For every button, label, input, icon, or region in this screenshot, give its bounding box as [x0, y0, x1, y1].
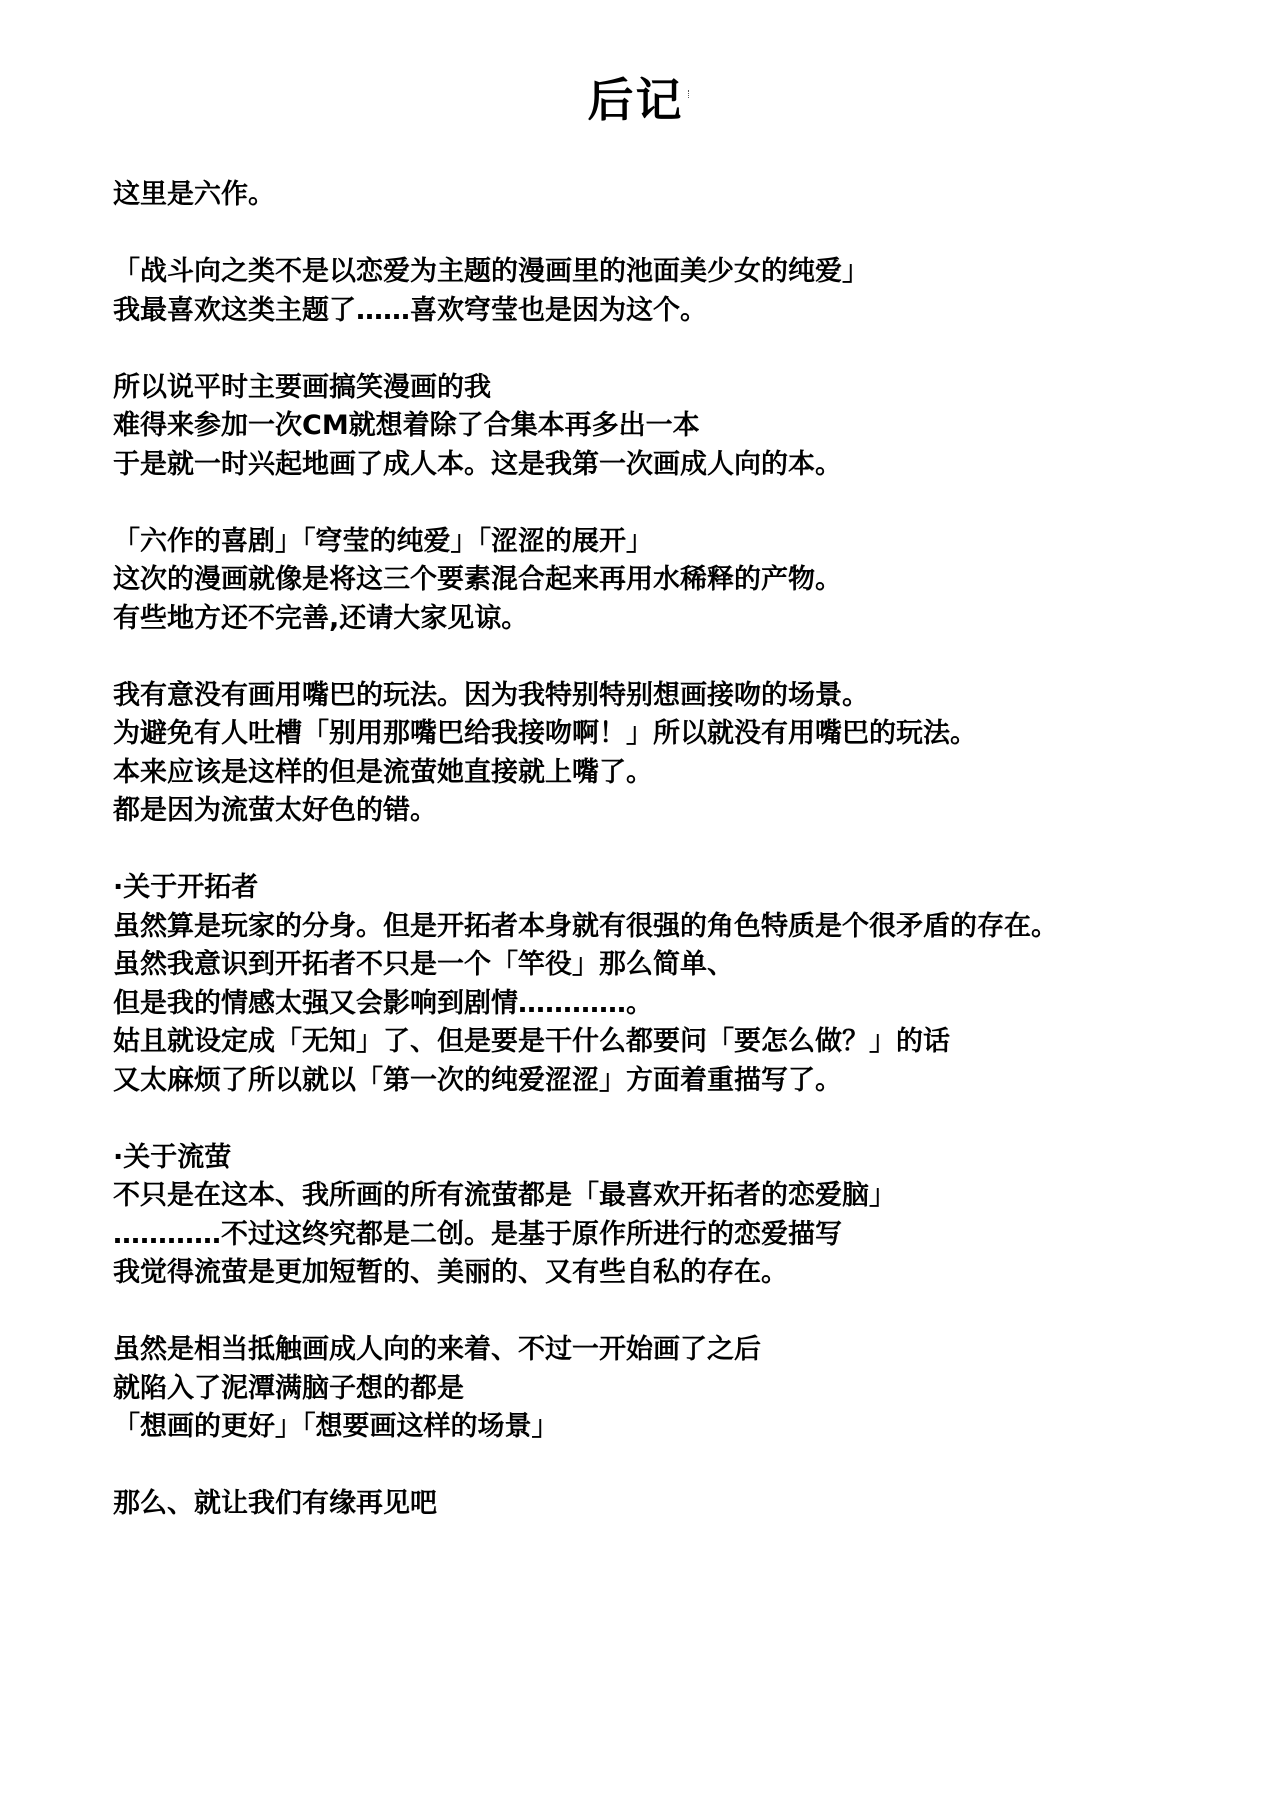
text-line: 但是我的情感太强又会影响到剧情…………。 [113, 985, 1253, 1024]
text-line: 我最喜欢这类主题了……喜欢穹莹也是因为这个。 [113, 292, 1253, 331]
text-line: …………不过这终究都是二创。是基于原作所进行的恋爱描写 [113, 1216, 1253, 1255]
text-line: 都是因为流萤太好色的错。 [113, 792, 1253, 831]
afterword-body: 这里是六作。 「战斗向之类不是以恋爱为主题的漫画里的池面美少女的纯爱」 我最喜欢… [113, 176, 1253, 1562]
paragraph-first-adult-book: 所以说平时主要画搞笑漫画的我 难得来参加一次CM就想着除了合集本再多出一本 于是… [113, 369, 1253, 485]
text-line: 本来应该是这样的但是流萤她直接就上嘴了。 [113, 754, 1253, 793]
text-line: 又太麻烦了所以就以「第一次的纯爱涩涩」方面着重描写了。 [113, 1062, 1253, 1101]
section-about-trailblazer: ·关于开拓者 虽然算是玩家的分身。但是开拓者本身就有很强的角色特质是个很矛盾的存… [113, 869, 1253, 1100]
text-line: 虽然算是玩家的分身。但是开拓者本身就有很强的角色特质是个很矛盾的存在。 [113, 908, 1253, 947]
text-line: 这次的漫画就像是将这三个要素混合起来再用水稀释的产物。 [113, 561, 1253, 600]
text-line: 姑且就设定成「无知」了、但是要是干什么都要问「要怎么做？」的话 [113, 1023, 1253, 1062]
paragraph-three-elements: 「六作的喜剧」「穹莹的纯爱」「涩涩的展开」 这次的漫画就像是将这三个要素混合起来… [113, 523, 1253, 639]
section-about-firefly: ·关于流萤 不只是在这本、我所画的所有流萤都是「最喜欢开拓者的恋爱脑」 …………… [113, 1139, 1253, 1293]
section-heading: ·关于开拓者 [113, 869, 1253, 908]
text-line: 我觉得流萤是更加短暂的、美丽的、又有些自私的存在。 [113, 1254, 1253, 1293]
text-line: 难得来参加一次CM就想着除了合集本再多出一本 [113, 407, 1253, 446]
page-title: 后记 [0, 72, 1280, 128]
section-heading: ·关于流萤 [113, 1139, 1253, 1178]
paragraph-intro: 这里是六作。 [113, 176, 1253, 215]
paragraph-farewell: 那么、就让我们有缘再见吧 [113, 1485, 1253, 1524]
text-line: 虽然是相当抵触画成人向的来着、不过一开始画了之后 [113, 1331, 1253, 1370]
decorative-mark [688, 90, 693, 98]
afterword-page: 后记 这里是六作。 「战斗向之类不是以恋爱为主题的漫画里的池面美少女的纯爱」 我… [0, 0, 1280, 1808]
text-line: 不只是在这本、我所画的所有流萤都是「最喜欢开拓者的恋爱脑」 [113, 1177, 1253, 1216]
text-line: 「六作的喜剧」「穹莹的纯爱」「涩涩的展开」 [113, 523, 1253, 562]
text-line: 我有意没有画用嘴巴的玩法。因为我特别特别想画接吻的场景。 [113, 677, 1253, 716]
text-line: 「战斗向之类不是以恋爱为主题的漫画里的池面美少女的纯爱」 [113, 253, 1253, 292]
text-line: 有些地方还不完善,还请大家见谅。 [113, 600, 1253, 639]
text-line: 「想画的更好」「想要画这样的场景」 [113, 1408, 1253, 1447]
paragraph-favorite-theme: 「战斗向之类不是以恋爱为主题的漫画里的池面美少女的纯爱」 我最喜欢这类主题了……… [113, 253, 1253, 330]
page-title-text: 后记 [588, 73, 684, 127]
text-line: 于是就一时兴起地画了成人本。这是我第一次画成人向的本。 [113, 446, 1253, 485]
text-line: 那么、就让我们有缘再见吧 [113, 1485, 1253, 1524]
text-line: 这里是六作。 [113, 176, 1253, 215]
text-line: 为避免有人吐槽「别用那嘴巴给我接吻啊！」所以就没有用嘴巴的玩法。 [113, 715, 1253, 754]
text-line: 所以说平时主要画搞笑漫画的我 [113, 369, 1253, 408]
text-line: 虽然我意识到开拓者不只是一个「竿役」那么简单、 [113, 946, 1253, 985]
paragraph-kiss-scene: 我有意没有画用嘴巴的玩法。因为我特别特别想画接吻的场景。 为避免有人吐槽「别用那… [113, 677, 1253, 831]
paragraph-reflection: 虽然是相当抵触画成人向的来着、不过一开始画了之后 就陷入了泥潭满脑子想的都是 「… [113, 1331, 1253, 1447]
text-line: 就陷入了泥潭满脑子想的都是 [113, 1370, 1253, 1409]
